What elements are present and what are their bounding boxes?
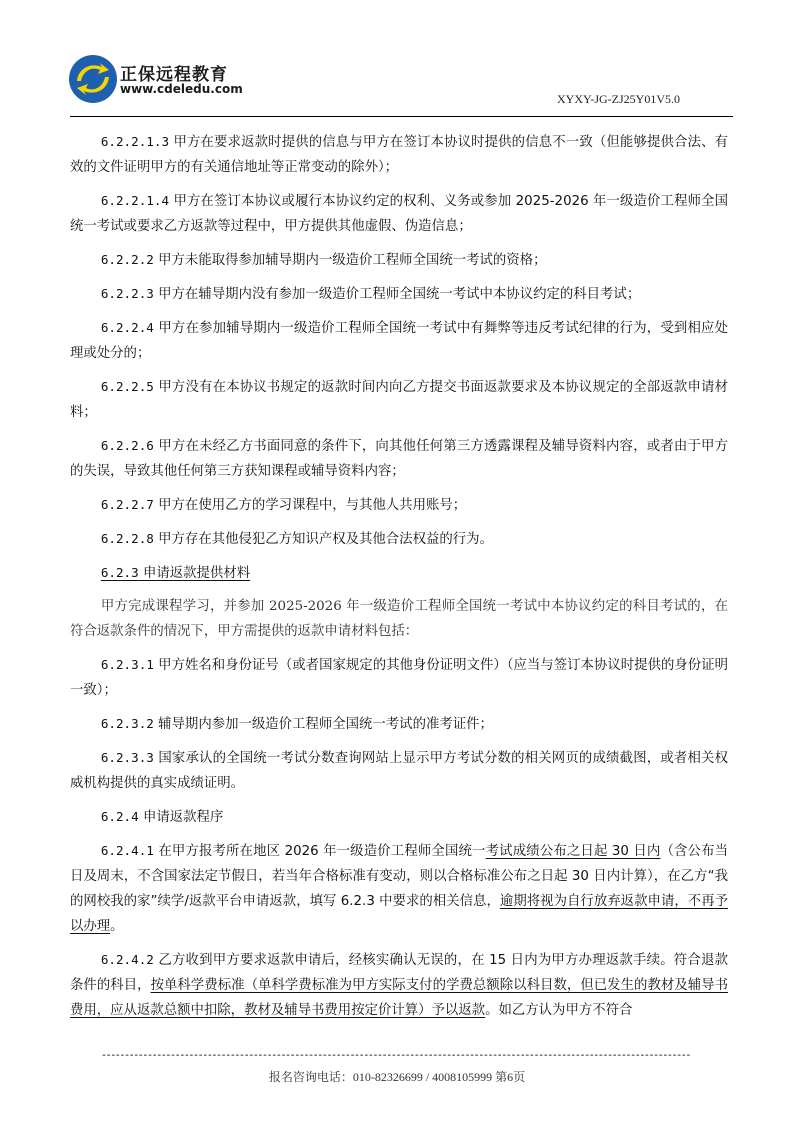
clause-number: 6.2.2.3: [101, 286, 154, 301]
document-code: XYXY-JG-ZJ25Y01V5.0: [557, 92, 680, 107]
section-heading-6-2-3: 6.2.3 申请返款提供材料: [70, 560, 728, 586]
clause-number: 6.2.2.7: [101, 497, 154, 512]
clause-number: 6.2.2.2: [101, 252, 154, 267]
clause-text: 甲方在签订本协议或履行本协议约定的权利、义务或参加 2025-2026 年一级造…: [70, 194, 728, 234]
section-number: 6.2.3: [101, 565, 139, 580]
section-title: 申请返款程序: [143, 810, 223, 825]
brand-url: www.cdeledu.com: [120, 82, 243, 96]
clause-6-2-2-3: 6.2.2.3 甲方在辅导期内没有参加一级造价工程师全国统一考试中本协议约定的科…: [70, 281, 728, 307]
clause-text: 在甲方报考所在地区 2026 年一级造价工程师全国统一: [158, 844, 485, 859]
clause-6-2-4-1: 6.2.4.1 在甲方报考所在地区 2026 年一级造价工程师全国统一考试成绩公…: [70, 838, 728, 939]
clause-text: 辅导期内参加一级造价工程师全国统一考试的准考证件；: [158, 717, 493, 732]
clause-6-2-2-6: 6.2.2.6 甲方在未经乙方书面同意的条件下，向其他任何第三方透露课程及辅导资…: [70, 433, 728, 484]
clause-6-2-2-5: 6.2.2.5 甲方没有在本协议书规定的返款时间内向乙方提交书面返款要求及本协议…: [70, 374, 728, 425]
clause-6-2-3-3: 6.2.3.3 国家承认的全国统一考试分数查询网站上显示甲方考试分数的相关网页的…: [70, 745, 728, 796]
clause-text: 甲方在未经乙方书面同意的条件下，向其他任何第三方透露课程及辅导资料内容，或者由于…: [70, 439, 728, 479]
clause-number: 6.2.3.2: [101, 716, 154, 731]
clause-number: 6.2.2.4: [101, 320, 154, 335]
page-header: 正保远程教育 www.cdeledu.com XYXY-JG-ZJ25Y01V5…: [68, 54, 728, 116]
clause-6-2-2-7: 6.2.2.7 甲方在使用乙方的学习课程中，与其他人共用账号；: [70, 492, 728, 518]
clause-text: 甲方没有在本协议书规定的返款时间内向乙方提交书面返款要求及本协议规定的全部返款申…: [70, 380, 728, 420]
clause-text: 甲方在参加辅导期内一级造价工程师全国统一考试中有舞弊等违反考试纪律的行为，受到相…: [70, 321, 728, 361]
section-intro-6-2-3: 甲方完成课程学习，并参加 2025-2026 年一级造价工程师全国统一考试中本协…: [70, 594, 728, 644]
clause-text: 甲方存在其他侵犯乙方知识产权及其他合法权益的行为。: [158, 532, 493, 547]
clause-number: 6.2.2.1.3: [101, 134, 169, 149]
clause-text: 国家承认的全国统一考试分数查询网站上显示甲方考试分数的相关网页的成绩截图，或者相…: [70, 751, 728, 791]
footer-divider: ----------------------------------------…: [101, 1052, 691, 1062]
section-title: 申请返款提供材料: [143, 566, 250, 581]
clause-number: 6.2.2.6: [101, 438, 154, 453]
clause-text: 。如乙方认为甲方不符合: [485, 1003, 632, 1018]
clause-number: 6.2.4.2: [101, 952, 154, 967]
clause-text: 甲方在使用乙方的学习课程中，与其他人共用账号；: [158, 498, 466, 513]
clause-6-2-2-2: 6.2.2.2 甲方未能取得参加辅导期内一级造价工程师全国统一考试的资格；: [70, 247, 728, 273]
clause-number: 6.2.2.8: [101, 531, 154, 546]
clause-number: 6.2.3.1: [101, 657, 154, 672]
company-logo-icon: [68, 54, 118, 104]
clause-text: 甲方在要求返款时提供的信息与甲方在签订本协议时提供的信息不一致（但能够提供合法、…: [70, 135, 728, 175]
clause-text: 甲方姓名和身份证号（或者国家规定的其他身份证明文件）（应当与签订本协议时提供的身…: [70, 658, 728, 698]
clause-6-2-2-4: 6.2.2.4 甲方在参加辅导期内一级造价工程师全国统一考试中有舞弊等违反考试纪…: [70, 315, 728, 366]
clause-6-2-2-1-4: 6.2.2.1.4 甲方在签订本协议或履行本协议约定的权利、义务或参加 2025…: [70, 188, 728, 239]
clause-number: 6.2.3.3: [101, 750, 154, 765]
clause-number: 6.2.4.1: [101, 843, 154, 858]
clause-text: 。: [110, 919, 123, 934]
clause-number: 6.2.2.5: [101, 379, 154, 394]
clause-6-2-3-2: 6.2.3.2 辅导期内参加一级造价工程师全国统一考试的准考证件；: [70, 711, 728, 737]
clause-6-2-3-1: 6.2.3.1 甲方姓名和身份证号（或者国家规定的其他身份证明文件）（应当与签订…: [70, 652, 728, 703]
section-number: 6.2.4: [101, 809, 139, 824]
clause-6-2-4-2: 6.2.4.2 乙方收到甲方要求返款申请后，经核实确认无误的，在 15 日内为甲…: [70, 947, 728, 1023]
header-divider: [70, 116, 733, 117]
document-body: 6.2.2.1.3 甲方在要求返款时提供的信息与甲方在签订本协议时提供的信息不一…: [70, 129, 728, 1031]
clause-text: 甲方在辅导期内没有参加一级造价工程师全国统一考试中本协议约定的科目考试；: [158, 287, 640, 302]
underlined-deadline: 考试成绩公布之日起 30 日内: [486, 844, 661, 859]
clause-text: 甲方未能取得参加辅导期内一级造价工程师全国统一考试的资格；: [158, 253, 546, 268]
clause-6-2-2-8: 6.2.2.8 甲方存在其他侵犯乙方知识产权及其他合法权益的行为。: [70, 526, 728, 552]
clause-6-2-2-1-3: 6.2.2.1.3 甲方在要求返款时提供的信息与甲方在签订本协议时提供的信息不一…: [70, 129, 728, 180]
section-heading-6-2-4: 6.2.4 申请返款程序: [70, 804, 728, 830]
clause-number: 6.2.2.1.4: [101, 193, 169, 208]
footer-contact: 报名咨询电话：010-82326699 / 4008105999 第6页: [0, 1068, 794, 1085]
